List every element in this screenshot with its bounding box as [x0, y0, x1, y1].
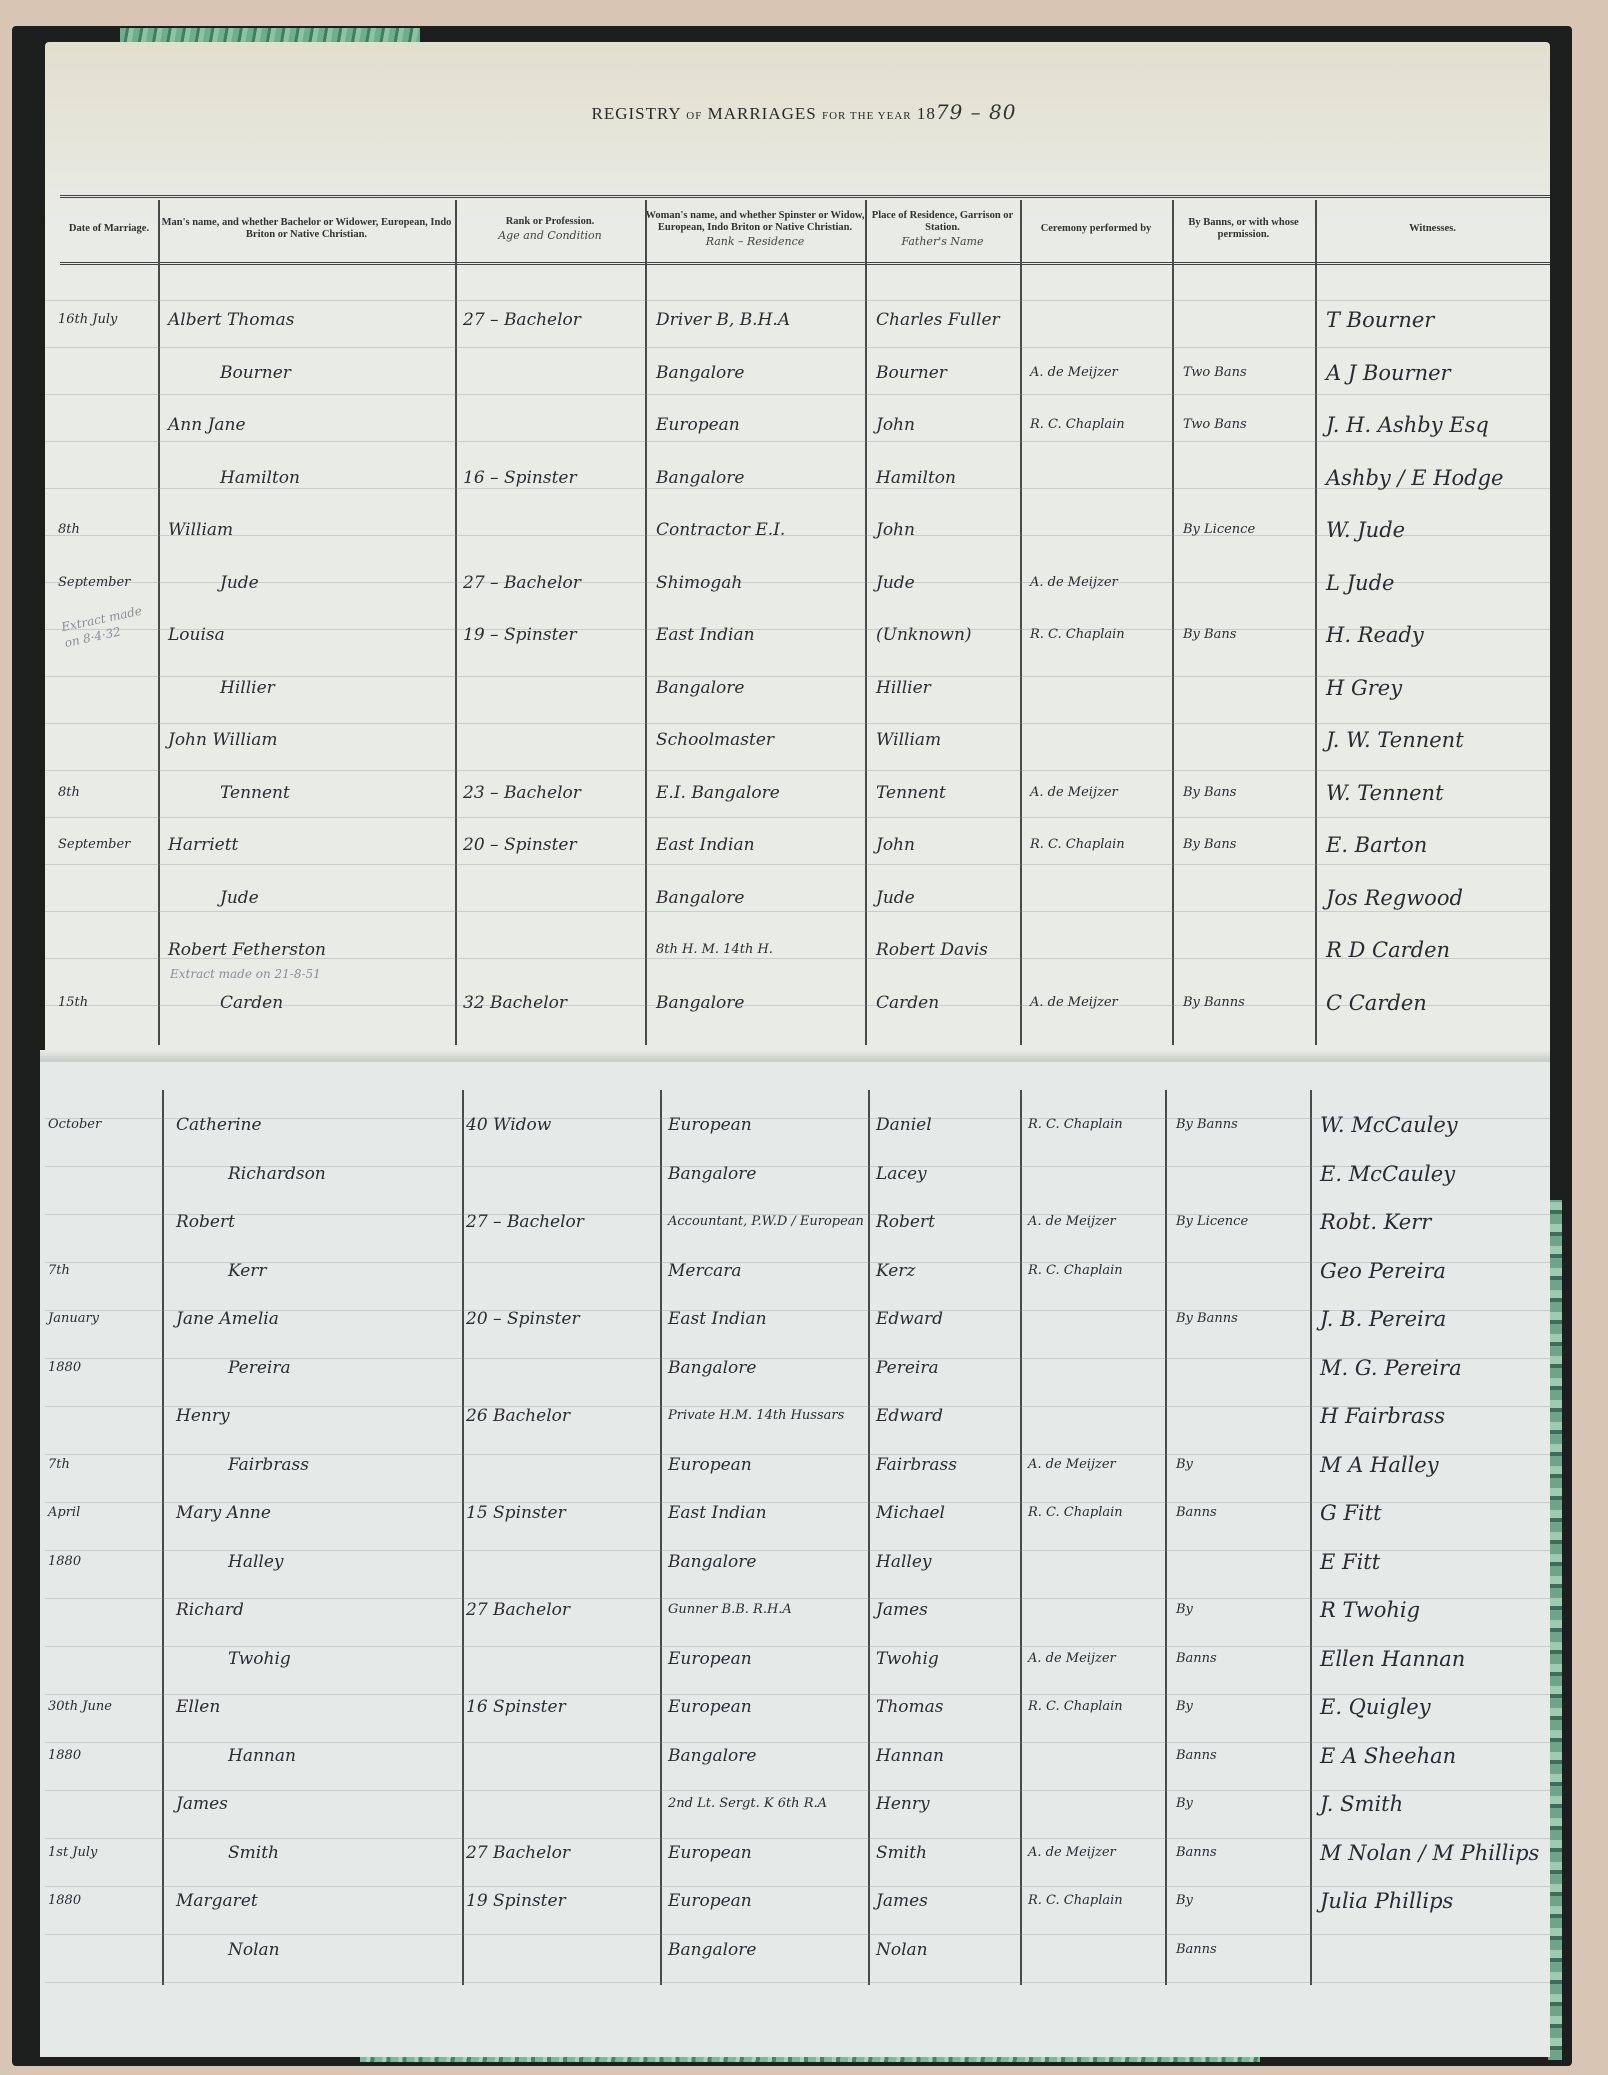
age-condition-cell: 40 Widow [466, 1110, 551, 1140]
age-condition-cell: 27 – Bachelor [463, 305, 581, 335]
witness-cell: J. W. Tennent [1326, 725, 1464, 755]
column-divider [1315, 200, 1317, 1045]
man-woman-name-cell: Catherine [176, 1110, 262, 1140]
rank-residence-cell: European [656, 410, 740, 440]
date-cell: 1880 [48, 1353, 81, 1383]
page-title: REGISTRY OF MARRIAGES FOR THE YEAR 1879 … [0, 100, 1608, 124]
rank-residence-cell: East Indian [668, 1304, 767, 1334]
rank-residence-cell: European [668, 1644, 752, 1674]
ruled-line [45, 1982, 1550, 1983]
age-condition-cell: 27 Bachelor [466, 1838, 570, 1868]
ruled-line [45, 864, 1550, 865]
man-woman-name-cell: Fairbrass [228, 1450, 309, 1480]
column-header-3: Rank or Profession.Age and Condition [455, 200, 645, 258]
ceremony-cell: A. de Meijzer [1030, 358, 1118, 388]
column-header-2: Man's name, and whether Bachelor or Wido… [158, 200, 455, 258]
witness-cell: C Carden [1326, 988, 1427, 1018]
title-for-the-year: FOR THE YEAR [822, 110, 912, 122]
column-header-6: Ceremony performed by [1020, 200, 1172, 258]
column-header-annotation: Rank – Residence [645, 236, 865, 248]
age-condition-cell: 23 – Bachelor [463, 778, 581, 808]
rank-residence-cell: European [668, 1110, 752, 1140]
column-header-label: Man's name, and whether Bachelor or Wido… [158, 217, 455, 241]
column-divider [865, 200, 867, 1045]
man-woman-name-cell: Mary Anne [176, 1498, 271, 1528]
witness-cell: W. Tennent [1326, 778, 1444, 808]
banns-cell: By Banns [1176, 1110, 1238, 1140]
rank-residence-cell: Contractor E.I. [656, 515, 785, 545]
rank-residence-cell: European [668, 1886, 752, 1916]
banns-cell: By Licence [1176, 1207, 1248, 1237]
man-woman-name-cell: Smith [228, 1838, 279, 1868]
banns-cell: By Licence [1183, 515, 1255, 545]
ceremony-cell: R. C. Chaplain [1028, 1692, 1123, 1722]
ceremony-cell: A. de Meijzer [1028, 1207, 1116, 1237]
column-header-5: Place of Residence, Garrison or Station.… [865, 200, 1020, 258]
ruled-line [45, 770, 1550, 771]
witness-cell: E A Sheehan [1320, 1741, 1456, 1771]
age-condition-cell: 27 Bachelor [466, 1595, 570, 1625]
column-header-8: Witnesses. [1315, 200, 1550, 258]
father-name-cell: Henry [876, 1789, 930, 1819]
column-divider [660, 1090, 662, 1985]
column-header-label: Rank or Profession. [455, 216, 645, 228]
rank-residence-cell: European [668, 1838, 752, 1868]
rank-residence-cell: European [668, 1692, 752, 1722]
ruled-line [45, 347, 1550, 348]
father-name-cell: Bourner [876, 358, 947, 388]
rank-residence-cell: Bangalore [668, 1159, 756, 1189]
father-name-cell: Fairbrass [876, 1450, 957, 1480]
rank-residence-cell: 8th H. M. 14th H. [656, 935, 773, 965]
ceremony-cell: R. C. Chaplain [1030, 830, 1125, 860]
father-name-cell: Michael [876, 1498, 945, 1528]
witness-cell: Jos Regwood [1326, 883, 1463, 913]
age-condition-cell: 26 Bachelor [466, 1401, 570, 1431]
man-woman-name-cell: Twohig [228, 1644, 291, 1674]
rank-residence-cell: Bangalore [668, 1935, 756, 1965]
man-woman-name-cell: Jude [220, 568, 259, 598]
man-woman-name-cell: Ellen [176, 1692, 220, 1722]
banns-cell: By Banns [1183, 988, 1245, 1018]
rank-residence-cell: Private H.M. 14th Hussars [668, 1401, 844, 1431]
rank-residence-cell: Bangalore [668, 1547, 756, 1577]
title-of: OF [686, 110, 702, 122]
witness-cell: M Nolan / M Phillips [1320, 1838, 1539, 1868]
father-name-cell: Kerz [876, 1256, 915, 1286]
column-header-1: Date of Marriage. [60, 200, 158, 258]
rank-residence-cell: Mercara [668, 1256, 742, 1286]
witness-cell: H. Ready [1326, 620, 1424, 650]
date-cell: April [48, 1498, 80, 1528]
man-woman-name-cell: Jude [220, 883, 259, 913]
age-condition-cell: 19 – Spinster [463, 620, 577, 650]
witness-cell: E. Barton [1326, 830, 1427, 860]
banns-cell: By Bans [1183, 830, 1236, 860]
date-cell: 1st July [48, 1838, 97, 1868]
father-name-cell: Thomas [876, 1692, 944, 1722]
date-cell: 1880 [48, 1741, 81, 1771]
banns-cell: By [1176, 1789, 1193, 1819]
father-name-cell: Daniel [876, 1110, 932, 1140]
man-woman-name-cell: James [176, 1789, 228, 1819]
father-name-cell: Pereira [876, 1353, 939, 1383]
man-woman-name-cell: William [168, 515, 233, 545]
witness-cell: L Jude [1326, 568, 1394, 598]
father-name-cell: Halley [876, 1547, 932, 1577]
man-woman-name-cell: Henry [176, 1401, 230, 1431]
ceremony-cell: A. de Meijzer [1030, 568, 1118, 598]
banns-cell: By Bans [1183, 778, 1236, 808]
date-cell: 7th [48, 1256, 70, 1286]
ruled-line [45, 394, 1550, 395]
rank-residence-cell: 2nd Lt. Sergt. K 6th R.A [668, 1789, 827, 1819]
rank-residence-cell: Bangalore [656, 988, 744, 1018]
father-name-cell: Hannan [876, 1741, 944, 1771]
column-divider [1165, 1090, 1167, 1985]
father-name-cell: Jude [876, 883, 915, 913]
banns-cell: Banns [1176, 1741, 1217, 1771]
date-cell: 8th [58, 515, 80, 545]
column-header-label: Woman's name, and whether Spinster or Wi… [645, 210, 865, 234]
ruled-line [45, 911, 1550, 912]
header-top-rule [60, 195, 1550, 198]
column-header-label: Place of Residence, Garrison or Station. [865, 210, 1020, 234]
father-name-cell: Jude [876, 568, 915, 598]
banns-cell: By Banns [1176, 1304, 1238, 1334]
witness-cell: J. B. Pereira [1320, 1304, 1446, 1334]
rank-residence-cell: Accountant, P.W.D / European [668, 1207, 864, 1237]
witness-cell: J. H. Ashby Esq [1326, 410, 1489, 440]
title-year-printed: 18 [917, 104, 936, 123]
rank-residence-cell: Bangalore [656, 883, 744, 913]
man-woman-name-cell: Bourner [220, 358, 291, 388]
age-condition-cell: 27 – Bachelor [466, 1207, 584, 1237]
column-header-annotation: Father's Name [865, 236, 1020, 248]
ruled-line [45, 300, 1550, 301]
age-condition-cell: 15 Spinster [466, 1498, 566, 1528]
rank-residence-cell: Driver B, B.H.A [656, 305, 790, 335]
witness-cell: R Twohig [1320, 1595, 1420, 1625]
ceremony-cell: A. de Meijzer [1028, 1450, 1116, 1480]
rank-residence-cell: Shimogah [656, 568, 742, 598]
date-cell: 7th [48, 1450, 70, 1480]
witness-cell: W. Jude [1326, 515, 1405, 545]
man-woman-name-cell: Harriett [168, 830, 238, 860]
ceremony-cell: A. de Meijzer [1028, 1644, 1116, 1674]
witness-cell: T Bourner [1326, 305, 1434, 335]
father-name-cell: Edward [876, 1304, 943, 1334]
column-header-7: By Banns, or with whose permission. [1172, 200, 1315, 258]
man-woman-name-cell: Hamilton [220, 463, 300, 493]
man-woman-name-cell: Richardson [228, 1159, 326, 1189]
rank-residence-cell: E.I. Bangalore [656, 778, 780, 808]
banns-cell: Two Bans [1183, 410, 1247, 440]
father-name-cell: Twohig [876, 1644, 939, 1674]
date-cell: 30th June [48, 1692, 112, 1722]
witness-cell: E. McCauley [1320, 1159, 1455, 1189]
ruled-line [45, 629, 1550, 630]
date-cell: 15th [58, 988, 88, 1018]
title-registry: REGISTRY [592, 104, 682, 123]
ceremony-cell: R. C. Chaplain [1028, 1256, 1123, 1286]
father-name-cell: John [876, 410, 915, 440]
man-woman-name-cell: Hannan [228, 1741, 296, 1771]
man-woman-name-cell: Louisa [168, 620, 225, 650]
witness-cell: Robt. Kerr [1320, 1207, 1431, 1237]
age-condition-cell: 20 – Spinster [466, 1304, 580, 1334]
date-cell: 8th [58, 778, 80, 808]
father-name-cell: Tennent [876, 778, 946, 808]
rank-residence-cell: Bangalore [668, 1741, 756, 1771]
column-divider [158, 200, 160, 1045]
rank-residence-cell: East Indian [668, 1498, 767, 1528]
witness-cell: M. G. Pereira [1320, 1353, 1462, 1383]
column-divider [1310, 1090, 1312, 1985]
ruled-line [45, 582, 1550, 583]
age-condition-cell: 27 – Bachelor [463, 568, 581, 598]
father-name-cell: Lacey [876, 1159, 927, 1189]
witness-cell: Julia Phillips [1320, 1886, 1453, 1916]
banns-cell: Banns [1176, 1838, 1217, 1868]
father-name-cell: James [876, 1886, 928, 1916]
rank-residence-cell: European [668, 1450, 752, 1480]
rank-residence-cell: East Indian [656, 830, 755, 860]
age-condition-cell: 16 – Spinster [463, 463, 577, 493]
column-divider [162, 1090, 164, 1985]
column-divider [645, 200, 647, 1045]
column-divider [1020, 200, 1022, 1045]
witness-cell: Geo Pereira [1320, 1256, 1446, 1286]
man-woman-name-cell: Albert Thomas [168, 305, 295, 335]
father-name-cell: Edward [876, 1401, 943, 1431]
man-woman-name-cell: Nolan [228, 1935, 280, 1965]
date-cell: September [58, 568, 130, 598]
man-woman-name-cell: Halley [228, 1547, 284, 1577]
ruled-line [45, 535, 1550, 536]
ceremony-cell: R. C. Chaplain [1030, 620, 1125, 650]
banns-cell: Banns [1176, 1935, 1217, 1965]
date-cell: January [48, 1304, 99, 1334]
father-name-cell: Hamilton [876, 463, 956, 493]
father-name-cell: John [876, 830, 915, 860]
man-woman-name-cell: John William [168, 725, 278, 755]
man-woman-name-cell: Margaret [176, 1886, 258, 1916]
ceremony-cell: A. de Meijzer [1030, 988, 1118, 1018]
father-name-cell: William [876, 725, 941, 755]
ceremony-cell: A. de Meijzer [1030, 778, 1118, 808]
rank-residence-cell: Schoolmaster [656, 725, 774, 755]
witness-cell: H Grey [1326, 673, 1402, 703]
title-marriages: MARRIAGES [708, 104, 817, 123]
witness-cell: E Fitt [1320, 1547, 1380, 1577]
rank-residence-cell: East Indian [656, 620, 755, 650]
witness-cell: R D Carden [1326, 935, 1450, 965]
ruled-line [45, 817, 1550, 818]
ceremony-cell: A. de Meijzer [1028, 1838, 1116, 1868]
age-condition-cell: 19 Spinster [466, 1886, 566, 1916]
man-woman-name-cell: Jane Amelia [176, 1304, 279, 1334]
column-divider [868, 1090, 870, 1985]
date-cell: October [48, 1110, 101, 1140]
man-woman-name-cell: Richard [176, 1595, 244, 1625]
rank-residence-cell: Bangalore [656, 358, 744, 388]
column-header-annotation: Age and Condition [455, 230, 645, 242]
marbled-page-edge-side [1548, 1200, 1562, 2060]
ceremony-cell: R. C. Chaplain [1030, 410, 1125, 440]
man-woman-name-cell: Pereira [228, 1353, 291, 1383]
father-name-cell: Robert Davis [876, 935, 988, 965]
age-condition-cell: 32 Bachelor [463, 988, 567, 1018]
column-divider [1020, 1090, 1022, 1985]
date-cell: September [58, 830, 130, 860]
father-name-cell: Charles Fuller [876, 305, 1000, 335]
ceremony-cell: R. C. Chaplain [1028, 1110, 1123, 1140]
witness-cell: E. Quigley [1320, 1692, 1431, 1722]
date-cell: 1880 [48, 1547, 81, 1577]
margin-note: Extract made on 21-8-51 [170, 959, 321, 989]
witness-cell: J. Smith [1320, 1789, 1403, 1819]
title-year-handwritten: 79 – 80 [936, 100, 1017, 124]
man-woman-name-cell: Hillier [220, 673, 275, 703]
rank-residence-cell: Bangalore [656, 463, 744, 493]
witness-cell: G Fitt [1320, 1498, 1382, 1528]
father-name-cell: (Unknown) [876, 620, 972, 650]
man-woman-name-cell: Carden [220, 988, 283, 1018]
witness-cell: Ellen Hannan [1320, 1644, 1465, 1674]
man-woman-name-cell: Tennent [220, 778, 290, 808]
witness-cell: M A Halley [1320, 1450, 1439, 1480]
father-name-cell: John [876, 515, 915, 545]
column-header-4: Woman's name, and whether Spinster or Wi… [645, 200, 865, 258]
father-name-cell: James [876, 1595, 928, 1625]
father-name-cell: Hillier [876, 673, 931, 703]
column-divider [1172, 200, 1174, 1045]
age-condition-cell: 20 – Spinster [463, 830, 577, 860]
witness-cell: W. McCauley [1320, 1110, 1458, 1140]
upper-page [45, 42, 1550, 1054]
ceremony-cell: R. C. Chaplain [1028, 1498, 1123, 1528]
banns-cell: By [1176, 1886, 1193, 1916]
rank-residence-cell: Bangalore [656, 673, 744, 703]
column-header-label: Ceremony performed by [1020, 223, 1172, 235]
column-divider [462, 1090, 464, 1985]
date-cell: 1880 [48, 1886, 81, 1916]
banns-cell: Banns [1176, 1498, 1217, 1528]
witness-cell: Ashby / E Hodge [1326, 463, 1503, 493]
column-divider [455, 200, 457, 1045]
witness-cell: H Fairbrass [1320, 1401, 1445, 1431]
man-woman-name-cell: Robert [176, 1207, 235, 1237]
age-condition-cell: 16 Spinster [466, 1692, 566, 1722]
rank-residence-cell: Bangalore [668, 1353, 756, 1383]
banns-cell: Banns [1176, 1644, 1217, 1674]
column-header-label: Witnesses. [1315, 223, 1550, 235]
column-header-label: By Banns, or with whose permission. [1172, 217, 1315, 241]
date-cell: 16th July [58, 305, 117, 335]
witness-cell: A J Bourner [1326, 358, 1451, 388]
banns-cell: By [1176, 1450, 1193, 1480]
man-woman-name-cell: Kerr [228, 1256, 267, 1286]
banns-cell: By [1176, 1595, 1193, 1625]
ruled-line [45, 723, 1550, 724]
father-name-cell: Robert [876, 1207, 935, 1237]
man-woman-name-cell: Ann Jane [168, 410, 246, 440]
header-bottom-rule [60, 262, 1550, 265]
banns-cell: Two Bans [1183, 358, 1247, 388]
column-header-label: Date of Marriage. [60, 223, 158, 235]
father-name-cell: Smith [876, 1838, 927, 1868]
rank-residence-cell: Gunner B.B. R.H.A [668, 1595, 792, 1625]
ruled-line [45, 441, 1550, 442]
banns-cell: By [1176, 1692, 1193, 1722]
father-name-cell: Carden [876, 988, 939, 1018]
father-name-cell: Nolan [876, 1935, 928, 1965]
banns-cell: By Bans [1183, 620, 1236, 650]
ceremony-cell: R. C. Chaplain [1028, 1886, 1123, 1916]
